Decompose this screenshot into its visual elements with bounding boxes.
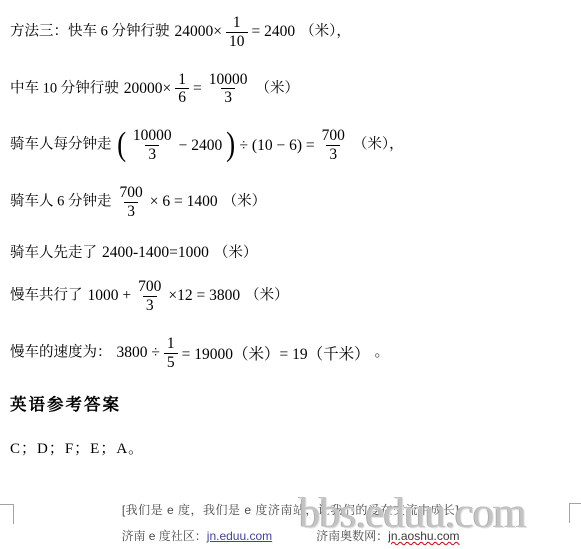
solution-line-slow-car-speed: 慢车的速度为：3800 ÷15= 19000（米）= 19（千米）。 [10, 335, 573, 372]
math-formula: 2400-1400=1000 [100, 244, 211, 262]
solution-content: 方法三：快车 6 分钟行驶24000×110= 2400（米）， 中车 10 分… [0, 0, 581, 458]
english-answers-line: C；D；F；E；A。 [10, 437, 573, 458]
fraction: 110 [226, 14, 248, 51]
fraction: 7003 [117, 184, 146, 221]
math-formula: 7003× 6 = 1400 [115, 184, 220, 221]
solution-line-rider-head-start: 骑车人先走了2400-1400=1000（米） [10, 241, 573, 263]
line-tail: （米） [214, 245, 258, 261]
fraction: 7003 [135, 278, 164, 315]
line-tail: （米） [256, 80, 300, 96]
formula-text: − 2400 [177, 137, 225, 155]
formula-text: ×12 = 3800 [166, 287, 242, 305]
math-formula: 3800 ÷15= 19000（米）= 19（千米） [115, 335, 372, 372]
line-tail: （米）， [300, 24, 351, 40]
big-parenthesis: ( [117, 129, 126, 161]
line-label: 方法三：快车 6 分钟行驶 [10, 24, 170, 40]
line-tail: （米） [223, 194, 267, 210]
solution-line-middle-car: 中车 10 分钟行驶20000×16=100003（米） [10, 71, 573, 108]
line-label: 骑车人 6 分钟走 [10, 194, 112, 210]
math-formula: 1000 +7003×12 = 3800 [86, 278, 243, 315]
formula-text: 3800 ÷ [115, 344, 162, 362]
line-label: 慢车共行了 [10, 288, 83, 304]
solution-line-fast-car: 方法三：快车 6 分钟行驶24000×110= 2400（米）， [10, 14, 573, 51]
formula-text: 1000 + [86, 287, 134, 305]
big-parenthesis: ) [226, 129, 235, 161]
formula-text: ÷ (10 − 6) = [238, 137, 317, 155]
formula-text: 24000× [173, 23, 225, 41]
community-site-link[interactable]: jn.eduu.com [207, 529, 272, 543]
line-tail: （米）， [353, 137, 404, 153]
fraction: 100003 [206, 71, 251, 108]
solution-line-slow-car-total: 慢车共行了1000 +7003×12 = 3800（米） [10, 278, 573, 315]
formula-text: = [191, 80, 204, 98]
line-label: 慢车的速度为： [10, 344, 112, 360]
line-label: 骑车人每分钟走 [10, 137, 112, 153]
math-formula: 20000×16=100003 [122, 71, 253, 108]
formula-text: = 2400 [250, 23, 298, 41]
line-label: 骑车人先走了 [10, 245, 97, 261]
fraction: 16 [175, 71, 189, 108]
line-tail: （米） [245, 288, 289, 304]
formula-text: 20000× [122, 80, 174, 98]
line-tail: 。 [375, 344, 390, 360]
line-label: 中车 10 分钟行驶 [10, 80, 119, 96]
fraction: 7003 [319, 127, 348, 164]
formula-text: 2400-1400=1000 [100, 244, 211, 262]
fraction: 15 [164, 335, 178, 372]
watermark-bbs-eduu: bbs.eduu.com [299, 492, 526, 535]
fraction: 100003 [130, 127, 175, 164]
community-site-label: 济南 e 度社区： [121, 529, 206, 543]
solution-line-rider-6min: 骑车人 6 分钟走7003× 6 = 1400（米） [10, 184, 573, 221]
math-formula: (100003− 2400)÷ (10 − 6) =7003 [115, 127, 350, 164]
english-answers-heading: 英语参考答案 [10, 391, 573, 415]
formula-text: = 19000（米）= 19（千米） [180, 342, 372, 364]
solution-line-rider-per-minute: 骑车人每分钟走(100003− 2400)÷ (10 − 6) =7003（米）… [10, 127, 573, 164]
math-formula: 24000×110= 2400 [173, 14, 298, 51]
formula-text: × 6 = 1400 [148, 193, 220, 211]
